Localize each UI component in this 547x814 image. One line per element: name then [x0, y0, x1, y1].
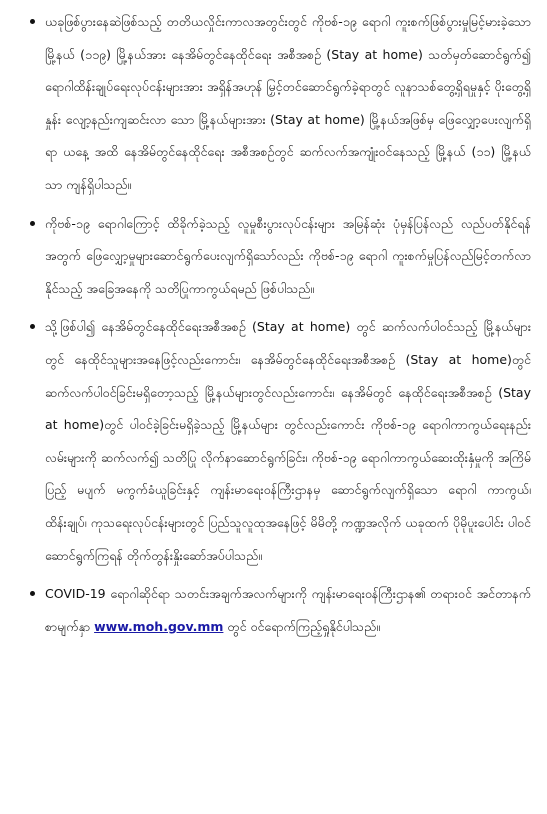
bullet-text: သို့ဖြစ်ပါ၍ နေအိမ်တွင်နေထိုင်ရေးအစီအစဉ် … — [45, 319, 531, 562]
moh-website-link[interactable]: www.moh.gov.mm — [94, 619, 223, 634]
bullet-dot-icon — [30, 591, 35, 596]
bullet-item-relaxation-caution: ကိုဗစ်-၁၉ ရောဂါကြောင့် ထိခိုက်ခဲ့သည့် လူ… — [45, 208, 531, 306]
bullet-item-stay-at-home-townships: ယခုဖြစ်ပွားနေဆဲဖြစ်သည့် တတိယလှိုင်းကာလအတ… — [45, 6, 531, 202]
bullet-dot-icon — [30, 221, 35, 226]
bullet-dot-icon — [30, 324, 35, 329]
document-page: ယခုဖြစ်ပွားနေဆဲဖြစ်သည့် တတိယလှိုင်းကာလအတ… — [0, 0, 547, 814]
bullet-text-after-link: တွင် ဝင်ရောက်ကြည့်ရှုနိုင်ပါသည်။ — [223, 619, 380, 634]
bullet-dot-icon — [30, 19, 35, 24]
bullet-list: ယခုဖြစ်ပွားနေဆဲဖြစ်သည့် တတိယလှိုင်းကာလအတ… — [45, 6, 531, 643]
bullet-item-prevention-appeal: သို့ဖြစ်ပါ၍ နေအိမ်တွင်နေထိုင်ရေးအစီအစဉ် … — [45, 311, 531, 572]
bullet-text: ကိုဗစ်-၁၉ ရောဂါကြောင့် ထိခိုက်ခဲ့သည့် လူ… — [45, 216, 531, 296]
bullet-item-moh-website: COVID-19 ရောဂါဆိုင်ရာ သတင်းအချက်အလက်များ… — [45, 578, 531, 643]
bullet-text: ယခုဖြစ်ပွားနေဆဲဖြစ်သည့် တတိယလှိုင်းကာလအတ… — [45, 14, 531, 192]
